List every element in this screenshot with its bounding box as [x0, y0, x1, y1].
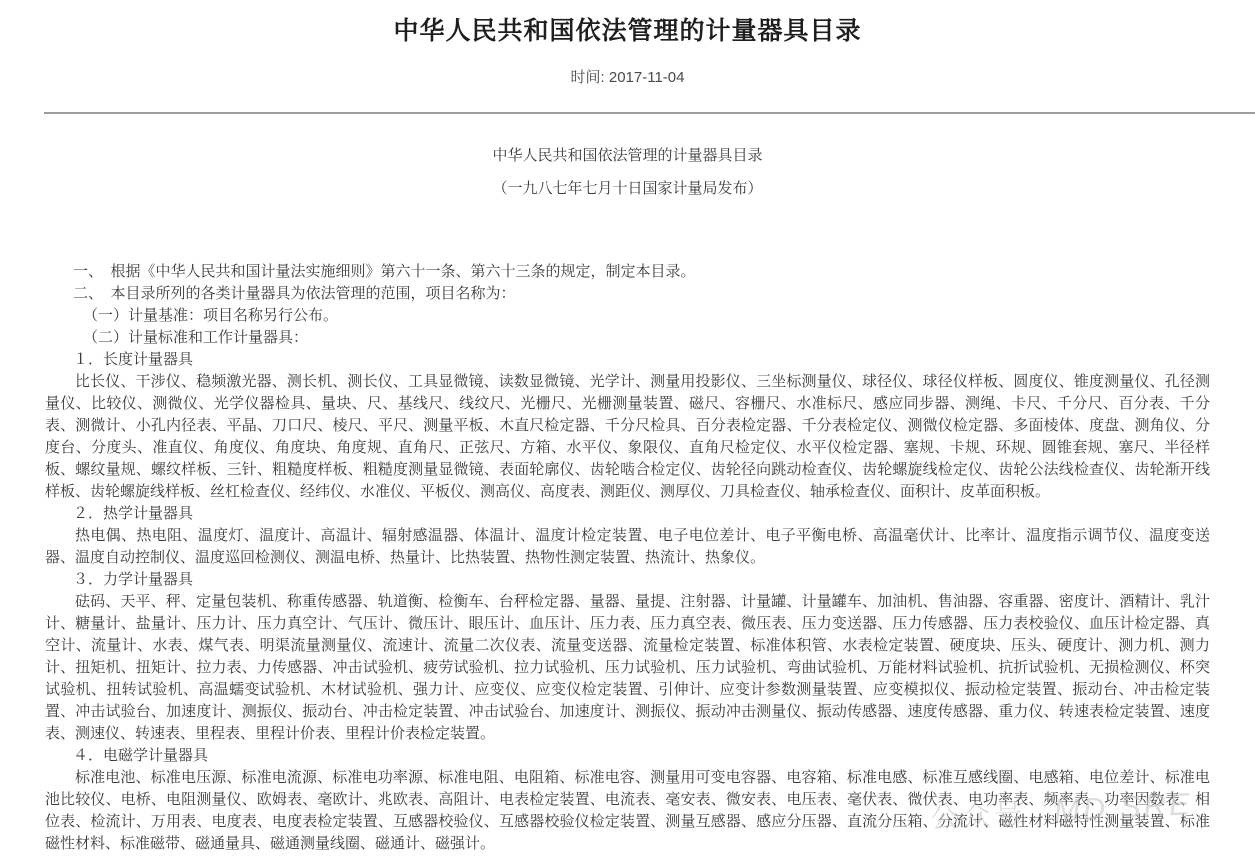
subclause-measurement-standards: （一）计量基准：项目名称另行公布。	[45, 305, 1210, 327]
section-items-mechanics: 砝码、天平、秤、定量包装机、称重传感器、轨道衡、检衡车、台秤检定器、量器、量提、…	[45, 591, 1210, 745]
section-items-length: 比长仪、干涉仪、稳频激光器、测长机、测长仪、工具显微镜、读数显微镜、光学计、测量…	[45, 371, 1210, 503]
section-length: １．长度计量器具 比长仪、干涉仪、稳频激光器、测长机、测长仪、工具显微镜、读数显…	[45, 349, 1210, 503]
section-heading-length: １．长度计量器具	[45, 349, 1210, 371]
section-heading-mechanics: ３．力学计量器具	[45, 569, 1210, 591]
clause-two: 二、 本目录所列的各类计量器具为依法管理的范围，项目名称为：	[45, 283, 1210, 305]
section-thermal: ２．热学计量器具 热电偶、热电阻、温度灯、温度计、高温计、辐射感温器、体温计、温…	[45, 503, 1210, 569]
section-electromagnetic: ４．电磁学计量器具 标准电池、标准电压源、标准电流源、标准电功率源、标准电阻、电…	[45, 745, 1210, 855]
document-body: 一、 根据《中华人民共和国计量法实施细则》第六十一条、第六十三条的规定，制定本目…	[45, 261, 1210, 855]
section-heading-electromagnetic: ４．电磁学计量器具	[45, 745, 1210, 767]
section-heading-thermal: ２．热学计量器具	[45, 503, 1210, 525]
document-title: 中华人民共和国依法管理的计量器具目录	[0, 146, 1255, 166]
section-items-electromagnetic: 标准电池、标准电压源、标准电流源、标准电功率源、标准电阻、电阻箱、标准电容、测量…	[45, 767, 1210, 855]
clause-one: 一、 根据《中华人民共和国计量法实施细则》第六十一条、第六十三条的规定，制定本目…	[45, 261, 1210, 283]
subclause-working-instruments: （二）计量标准和工作计量器具：	[45, 327, 1210, 349]
divider	[44, 112, 1255, 114]
section-items-thermal: 热电偶、热电阻、温度灯、温度计、高温计、辐射感温器、体温计、温度计检定装置、电子…	[45, 525, 1210, 569]
document-page: 中华人民共和国依法管理的计量器具目录 时间: 2017-11-04 中华人民共和…	[0, 0, 1255, 862]
publish-date: 时间: 2017-11-04	[0, 68, 1255, 88]
document-issue-line: （一九八七年七月十日国家计量局发布）	[0, 179, 1255, 199]
page-title: 中华人民共和国依法管理的计量器具目录	[0, 16, 1255, 46]
section-mechanics: ３．力学计量器具 砝码、天平、秤、定量包装机、称重传感器、轨道衡、检衡车、台秤检…	[45, 569, 1210, 745]
